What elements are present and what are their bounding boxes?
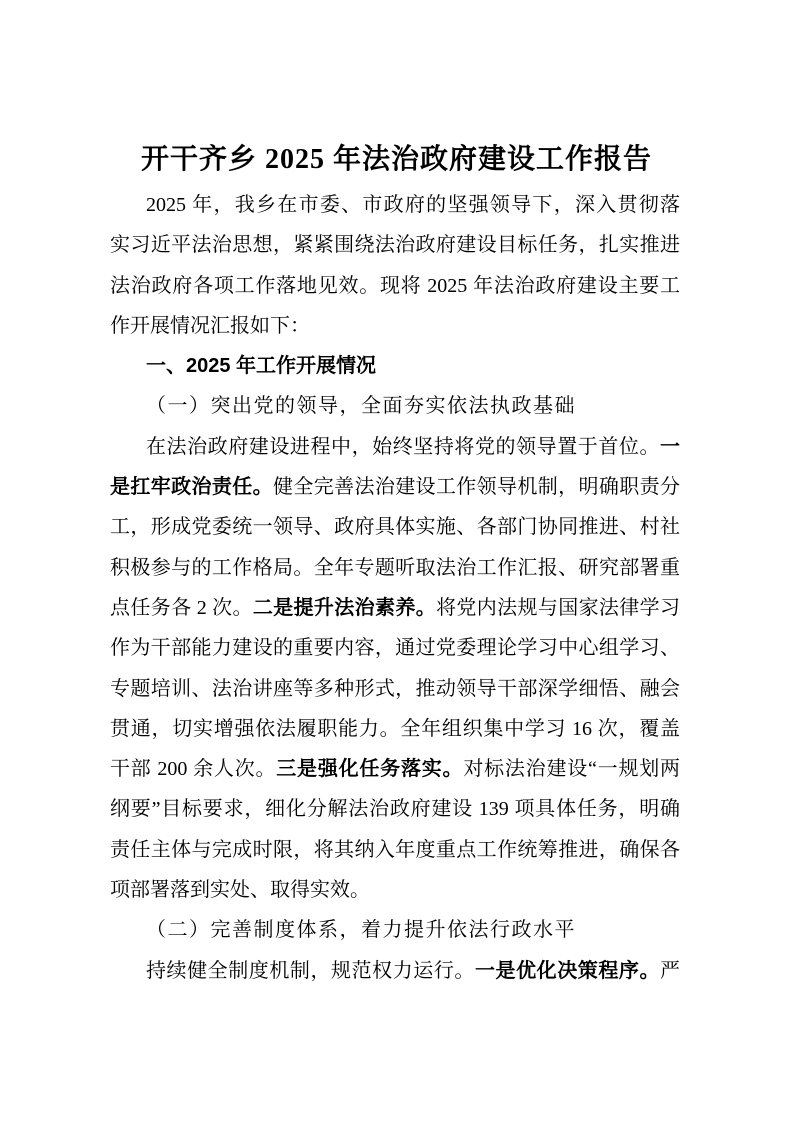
text-line: 贯通，切实增强依法履职能力。全年组织集中学习 16 次，覆盖 <box>110 709 680 749</box>
text-line: 2025 年，我乡在市委、市政府的坚强领导下，深入贯彻落 <box>110 185 680 225</box>
emphasis-text-segment: 一是优化决策程序。 <box>475 960 660 982</box>
subsection-heading: （一）突出党的领导，全面夯实依法执政基础 <box>110 386 680 426</box>
text-segment: 持续健全制度机制，规范权力运行。 <box>146 960 475 982</box>
text-segment: 责任主体与完成时限，将其纳入年度重点工作统筹推进，确保各 <box>110 839 680 861</box>
text-segment: 实习近平法治思想，紧紧围绕法治政府建设目标任务，扎实推进 <box>110 234 680 256</box>
text-segment: 将党内法规与国家法律学习 <box>436 597 680 619</box>
emphasis-text-segment: 是扛牢政治责任。 <box>110 476 273 498</box>
text-line: 作为干部能力建设的重要内容，通过党委理论学习中心组学习、 <box>110 628 680 668</box>
text-line: 纲要”目标要求，细化分解法治政府建设 139 项具体任务，明确 <box>110 789 680 829</box>
text-segment: 严 <box>660 960 680 982</box>
text-line: 点任务各 2 次。二是提升法治素养。将党内法规与国家法律学习 <box>110 588 680 628</box>
emphasis-text-segment: 一、2025 年工作开展情况 <box>146 355 376 377</box>
text-segment: 点任务各 2 次。 <box>110 597 253 619</box>
text-line: 责任主体与完成时限，将其纳入年度重点工作统筹推进，确保各 <box>110 830 680 870</box>
document-title: 开干齐乡 2025 年法治政府建设工作报告 <box>0 135 793 185</box>
text-line: 法治政府各项工作落地见效。现将 2025 年法治政府建设主要工 <box>110 266 680 306</box>
document-body: 2025 年，我乡在市委、市政府的坚强领导下，深入贯彻落实习近平法治思想，紧紧围… <box>110 185 680 991</box>
document-page: 开干齐乡 2025 年法治政府建设工作报告 2025 年，我乡在市委、市政府的坚… <box>0 0 793 1122</box>
text-line: 作开展情况汇报如下： <box>110 306 680 346</box>
text-line: 积极参与的工作格局。全年专题听取法治工作汇报、研究部署重 <box>110 548 680 588</box>
text-segment: 贯通，切实增强依法履职能力。全年组织集中学习 16 次，覆盖 <box>110 718 680 740</box>
text-segment: 工，形成党委统一领导、政府具体实施、各部门协同推进、村社 <box>110 516 680 538</box>
subsection-heading: （二）完善制度体系，着力提升依法行政水平 <box>110 910 680 950</box>
text-line: 实习近平法治思想，紧紧围绕法治政府建设目标任务，扎实推进 <box>110 225 680 265</box>
text-segment: 健全完善法治建设工作领导机制，明确职责分 <box>273 476 680 498</box>
text-segment: 对标法治建设“一规划两 <box>463 758 680 780</box>
text-segment: 作开展情况汇报如下： <box>110 315 310 337</box>
text-segment: 2025 年，我乡在市委、市政府的坚强领导下，深入贯彻落 <box>146 194 680 216</box>
section-heading: 一、2025 年工作开展情况 <box>110 346 680 386</box>
text-segment: （二）完善制度体系，着力提升依法行政水平 <box>146 919 576 941</box>
emphasis-text-segment: 三是强化任务落实。 <box>276 758 463 780</box>
text-line: 干部 200 余人次。三是强化任务落实。对标法治建设“一规划两 <box>110 749 680 789</box>
text-line: 专题培训、法治讲座等多种形式，推动领导干部深学细悟、融会 <box>110 669 680 709</box>
text-line: 持续健全制度机制，规范权力运行。一是优化决策程序。严 <box>110 951 680 991</box>
text-segment: （一）突出党的领导，全面夯实依法执政基础 <box>146 395 576 417</box>
text-segment: 作为干部能力建设的重要内容，通过党委理论学习中心组学习、 <box>110 637 680 659</box>
emphasis-text-segment: 一 <box>660 436 680 458</box>
text-segment: 纲要”目标要求，细化分解法治政府建设 139 项具体任务，明确 <box>110 798 680 820</box>
text-line: 工，形成党委统一领导、政府具体实施、各部门协同推进、村社 <box>110 507 680 547</box>
text-line: 是扛牢政治责任。健全完善法治建设工作领导机制，明确职责分 <box>110 467 680 507</box>
text-segment: 专题培训、法治讲座等多种形式，推动领导干部深学细悟、融会 <box>110 678 680 700</box>
text-segment: 项部署落到实处、取得实效。 <box>110 879 370 901</box>
text-line: 项部署落到实处、取得实效。 <box>110 870 680 910</box>
emphasis-text-segment: 二是提升法治素养。 <box>253 597 436 619</box>
text-segment: 积极参与的工作格局。全年专题听取法治工作汇报、研究部署重 <box>110 557 680 579</box>
text-line: 在法治政府建设进程中，始终坚持将党的领导置于首位。一 <box>110 427 680 467</box>
text-segment: 干部 200 余人次。 <box>110 758 276 780</box>
text-segment: 法治政府各项工作落地见效。现将 2025 年法治政府建设主要工 <box>110 275 680 297</box>
text-segment: 在法治政府建设进程中，始终坚持将党的领导置于首位。 <box>146 436 660 458</box>
